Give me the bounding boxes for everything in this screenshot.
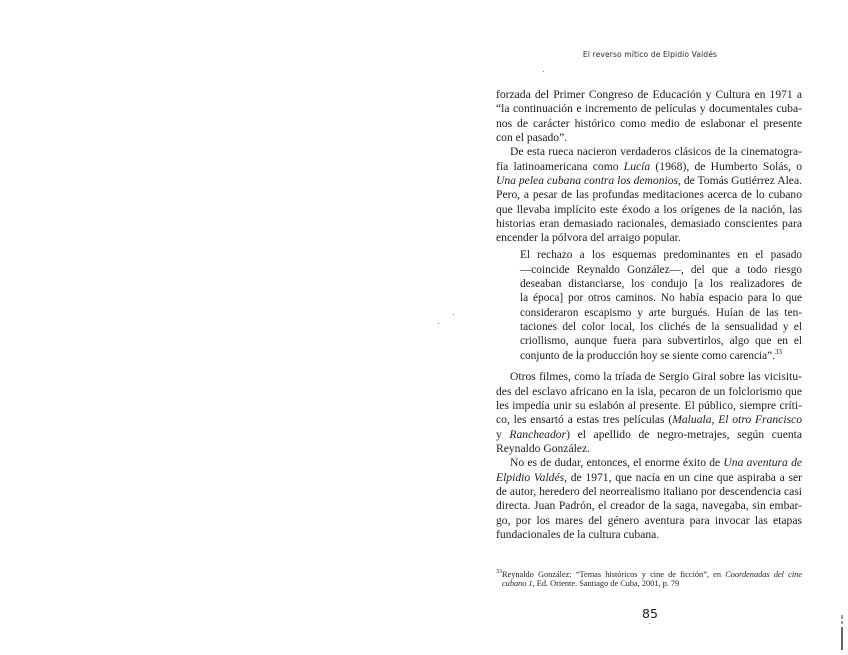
text-line: Reynaldo González. bbox=[496, 441, 802, 456]
quote-line: criollismo, aunque fuera para subvertirl… bbox=[520, 334, 802, 349]
quote-line: El rechazo a los esquemas predominantes … bbox=[520, 248, 802, 263]
text-line: encender la pólvora del arraigo popular. bbox=[496, 230, 802, 245]
text-line: go, por los mares del género aventura pa… bbox=[496, 513, 802, 528]
text-line: De esta rueca nacieron verdaderos clásic… bbox=[510, 144, 802, 159]
running-header: El reverso mítico de Elpidio Valdés bbox=[560, 50, 740, 59]
footnote-reference: 33 bbox=[775, 348, 782, 356]
quote-line: la época] por otros caminos. No había es… bbox=[520, 291, 802, 306]
quote-line: conjunto de la producción hoy se siente … bbox=[520, 349, 802, 364]
text-line: “la continuación e incremento de películ… bbox=[496, 101, 802, 116]
text-span: , Ed. Oriente. Santiago de Cuba, 2001, p… bbox=[533, 579, 680, 588]
text-line: Una pelea cubana contra los demonios, de… bbox=[496, 173, 802, 188]
text-span: y bbox=[496, 428, 509, 441]
footnote-line: cubano 1, Ed. Oriente. Santiago de Cuba,… bbox=[502, 578, 802, 589]
book-title: cubano 1 bbox=[502, 579, 533, 588]
film-title-maluala: Maluala bbox=[672, 413, 711, 426]
text-line: nos de carácter histórico como medio de … bbox=[496, 116, 802, 131]
text-line: forzada del Primer Congreso de Educación… bbox=[496, 87, 802, 102]
text-line: historias eran demasiado racionales, dem… bbox=[496, 216, 802, 231]
book-page: El reverso mítico de Elpidio Valdés forz… bbox=[0, 0, 848, 655]
film-title-rancheador: Rancheador bbox=[509, 428, 566, 441]
quote-line: consideraron escapismo y arte burgués. H… bbox=[520, 306, 802, 321]
film-title-lucia: Lucía bbox=[624, 160, 650, 173]
film-title-elpidio-valdes: Elpidio Valdés bbox=[496, 471, 564, 484]
text-span: , de 1971, que nacía en un cine que aspi… bbox=[564, 471, 802, 484]
scan-speck bbox=[543, 71, 544, 72]
text-span: ) el apellido de negro-metrajes, según c… bbox=[566, 428, 802, 441]
text-line: No es de dudar, entonces, el enorme éxit… bbox=[510, 455, 802, 470]
text-line: Elpidio Valdés, de 1971, que nacía en un… bbox=[496, 470, 802, 485]
scan-speck bbox=[453, 314, 454, 315]
text-span: fía latinoamericana como bbox=[496, 160, 624, 173]
text-line: que llevaba implícito este éxodo a los o… bbox=[496, 202, 802, 217]
film-title-el-otro-francisco: El otro Francisco bbox=[718, 413, 802, 426]
scan-speck bbox=[649, 623, 650, 624]
page-number: 85 bbox=[630, 606, 670, 621]
text-line: des del esclavo africano en la isla, pec… bbox=[496, 384, 802, 399]
text-line: fía latinoamericana como Lucía (1968), d… bbox=[496, 159, 802, 174]
film-title-una-pelea-cubana: Una pelea cubana contra los demonios bbox=[496, 174, 678, 187]
quote-line: deseaban distanciarse, los condujo [a lo… bbox=[520, 277, 802, 292]
text-span: conjunto de la producción hoy se siente … bbox=[520, 350, 775, 362]
text-line: con el pasado”. bbox=[496, 130, 802, 145]
text-line: Pero, a pesar de las profundas meditacio… bbox=[496, 187, 802, 202]
text-line: de autor, heredero del neorrealismo ital… bbox=[496, 484, 802, 499]
scan-edge-mark bbox=[841, 615, 843, 650]
text-span: co, les ensartó a estas tres películas ( bbox=[496, 413, 672, 426]
text-line: fundacionales de la cultura cubana. bbox=[496, 527, 802, 542]
text-span: (1968), de Humberto Solás, o bbox=[650, 160, 802, 173]
scan-speck bbox=[438, 323, 439, 324]
quote-line: —coincide Reynaldo González—, del que a … bbox=[520, 263, 802, 278]
quote-line: taciones del color local, los clichés de… bbox=[520, 320, 802, 335]
text-line: directa. Juan Padrón, el creador de la s… bbox=[496, 498, 802, 513]
text-line: y Rancheador) el apellido de negro-metra… bbox=[496, 427, 802, 442]
text-line: Otros filmes, como la tríada de Sergio G… bbox=[510, 369, 802, 384]
text-line: les impedía unir su eslabón al presente.… bbox=[496, 398, 802, 413]
text-line: co, les ensartó a estas tres películas (… bbox=[496, 412, 802, 427]
text-span: , de Tomás Gutiérrez Alea. bbox=[678, 174, 802, 187]
film-title-una-aventura: Una aventura de bbox=[723, 456, 802, 469]
text-span: No es de dudar, entonces, el enorme éxit… bbox=[510, 456, 723, 469]
